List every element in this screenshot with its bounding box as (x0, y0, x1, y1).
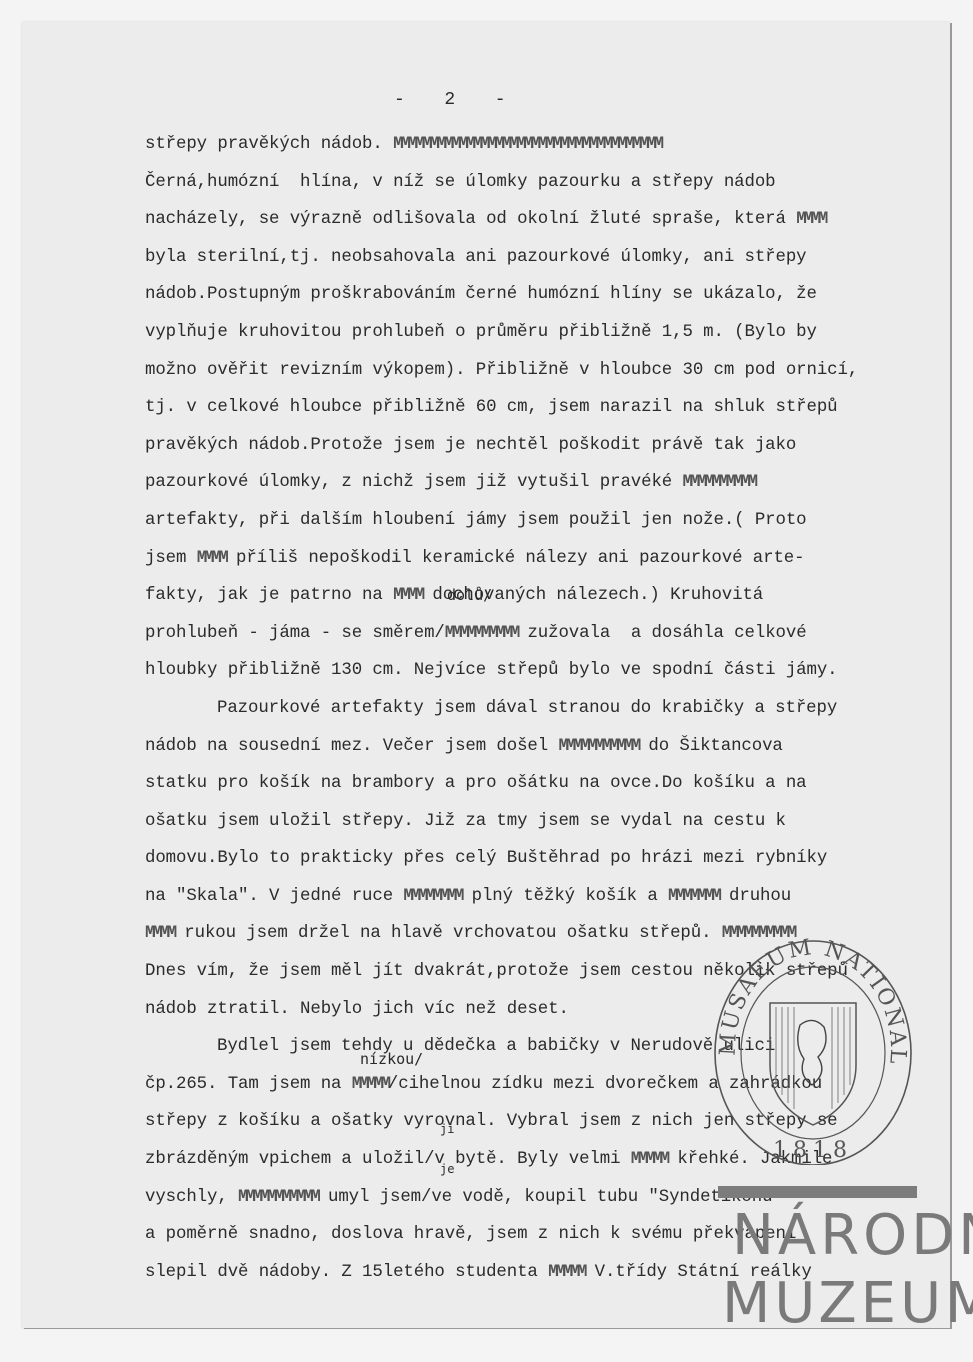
text-line: jsem MMMM příliš nepoškodil keramické ná… (145, 540, 935, 578)
text-line: byla sterilní,tj. neobsahovala ani pazou… (145, 239, 935, 277)
watermark-line-1: NÁRODNÍ (732, 1208, 973, 1264)
line-text: druhou (719, 887, 791, 906)
struck-out-text: MMMM (145, 924, 174, 943)
svg-text:MUSAEUM NATIONALE: MUSAEUM NATIONALE (708, 935, 910, 1066)
line-text: a poměrně snadno, doslova hravě, jsem z … (145, 1225, 796, 1244)
text-line: Pazourkové artefakty jsem dával stranou … (145, 690, 935, 728)
struck-out-text: MMMMMMMM (403, 887, 461, 906)
line-text: fakty, jak je patrno na (145, 586, 393, 605)
line-text: Bydlel jsem tehdy u dědečka a babičky v … (217, 1037, 775, 1056)
text-line: statku pro košík na brambory a pro ošátk… (145, 765, 935, 803)
text-line: pazourkové úlomky, z nichž jsem již vytu… (145, 464, 935, 502)
struck-out-text: MMMMM (548, 1263, 584, 1282)
line-text: ošatku jsem uložil střepy. Již za tmy js… (145, 812, 786, 831)
line-text: příliš nepoškodil keramické nálezy ani p… (226, 549, 805, 568)
line-text: rukou jsem držel na hlavě vrchovatou oša… (174, 924, 722, 943)
line-text: artefakty, při dalším hloubení jámy jsem… (145, 511, 807, 530)
text-line: fakty, jak je patrno na MMMM dochovaných… (145, 577, 935, 615)
struck-out-text: MMMMMMMMMM (682, 473, 754, 492)
line-text: jsem (145, 549, 197, 568)
struck-out-text: MMMMM (631, 1150, 667, 1169)
struck-out-text: MMMMMMMMMMMMMMMMMMMMMMMMMMMMMMMMMMMMM (393, 135, 661, 154)
text-line: artefakty, při dalším hloubení jámy jsem… (145, 502, 935, 540)
struck-out-text: MMMMMMM (668, 887, 719, 906)
line-text: umyl jsem/ve vodě, koupil tubu "Syndetik… (318, 1188, 783, 1207)
line-text: nacházely, se výrazně odlišovala od okol… (145, 210, 796, 229)
text-line: hloubky přibližně 130 cm. Nejvíce střepů… (145, 652, 935, 690)
stamp-rim-text: MUSAEUM NATIONALE (708, 935, 910, 1066)
struck-out-text: MMMMMMMMMMM (558, 737, 638, 756)
line-text: čp.265. Tam jsem na (145, 1075, 352, 1094)
line-text: pazourkové úlomky, z nichž jsem již vytu… (145, 473, 682, 492)
text-line: nacházely, se výrazně odlišovala od okol… (145, 201, 935, 239)
text-line: nádob.Postupným proškrabováním černé hum… (145, 276, 935, 314)
line-text: zužovala a dosáhla celkové (517, 624, 806, 643)
line-text: byla sterilní,tj. neobsahovala ani pazou… (145, 248, 807, 267)
line-text: statku pro košík na brambory a pro ošátk… (145, 774, 807, 793)
struck-out-text: MMMMMMMMMM (445, 624, 517, 643)
text-line: pravěkých nádob.Protože jsem je nechtěl … (145, 427, 935, 465)
struck-out-text: MMMM (796, 210, 825, 229)
text-line: prohlubeň - jáma - se směrem/MMMMMMMMMM … (145, 615, 935, 653)
handwritten-annotation-ji: ji (440, 1122, 454, 1136)
text-line: domovu.Bylo to prakticky přes celý Buště… (145, 840, 935, 878)
handwritten-annotation-je: je (440, 1162, 454, 1176)
text-line: možno ověřit revizním výkopem). Přibližn… (145, 352, 935, 390)
text-line: ošatku jsem uložil střepy. Již za tmy js… (145, 803, 935, 841)
text-line: Černá,humózní hlína, v níž se úlomky paz… (145, 164, 935, 202)
struck-out-text: MMMMMMMMMMM (238, 1188, 318, 1207)
handwritten-annotation-dolu: dolů/ (447, 586, 492, 604)
line-text: hloubky přibližně 130 cm. Nejvíce střepů… (145, 661, 838, 680)
line-text: Černá,humózní hlína, v níž se úlomky paz… (145, 173, 776, 192)
line-text: nádob na sousední mez. Večer jsem došel (145, 737, 558, 756)
line-text: do Šiktancova (638, 737, 783, 756)
redaction-bar (718, 1186, 917, 1198)
line-text: na "Skala". V jedné ruce (145, 887, 403, 906)
line-text: vyplňuje kruhovitou prohlubeň o průměru … (145, 323, 817, 342)
line-text: tj. v celkové hloubce přibližně 60 cm, j… (145, 398, 838, 417)
line-text: domovu.Bylo to prakticky přes celý Buště… (145, 849, 827, 868)
line-text: vyschly, (145, 1188, 238, 1207)
stamp-year: 1818 (773, 1138, 853, 1163)
page-number: - 2 - (394, 90, 512, 110)
line-text: možno ověřit revizním výkopem). Přibližn… (145, 361, 858, 380)
line-text: zbrázděným vpichem a uložil/v bytě. Byly… (145, 1150, 631, 1169)
stamp-seal-icon: MUSAEUM NATIONALE 1818 (708, 935, 918, 1165)
line-text: plný těžký košík a (461, 887, 668, 906)
handwritten-annotation-nizkou: nízkou/ (360, 1050, 423, 1068)
line-text: slepil dvě nádoby. Z 15letého studenta (145, 1263, 548, 1282)
line-text: nádob.Postupným proškrabováním černé hum… (145, 285, 817, 304)
line-text: Pazourkové artefakty jsem dával stranou … (217, 699, 837, 718)
struck-out-text: MMMMM (352, 1075, 388, 1094)
line-text: nádob ztratil. Nebylo jich víc než deset… (145, 1000, 569, 1019)
line-text: pravěkých nádob.Protože jsem je nechtěl … (145, 436, 796, 455)
struck-out-text: MMMM (393, 586, 422, 605)
text-line: střepy pravěkých nádob. MMMMMMMMMMMMMMMM… (145, 126, 935, 164)
text-line: vyplňuje kruhovitou prohlubeň o průměru … (145, 314, 935, 352)
line-text: prohlubeň - jáma - se směrem/ (145, 624, 445, 643)
line-text: střepy pravěkých nádob. (145, 135, 393, 154)
text-line: na "Skala". V jedné ruce MMMMMMMM plný t… (145, 878, 935, 916)
watermark-line-2: MUZEUM (722, 1276, 973, 1332)
museum-stamp: MUSAEUM NATIONALE 1818 (708, 935, 918, 1165)
text-line: nádob na sousední mez. Večer jsem došel … (145, 728, 935, 766)
struck-out-text: MMMM (197, 549, 226, 568)
text-line: tj. v celkové hloubce přibližně 60 cm, j… (145, 389, 935, 427)
